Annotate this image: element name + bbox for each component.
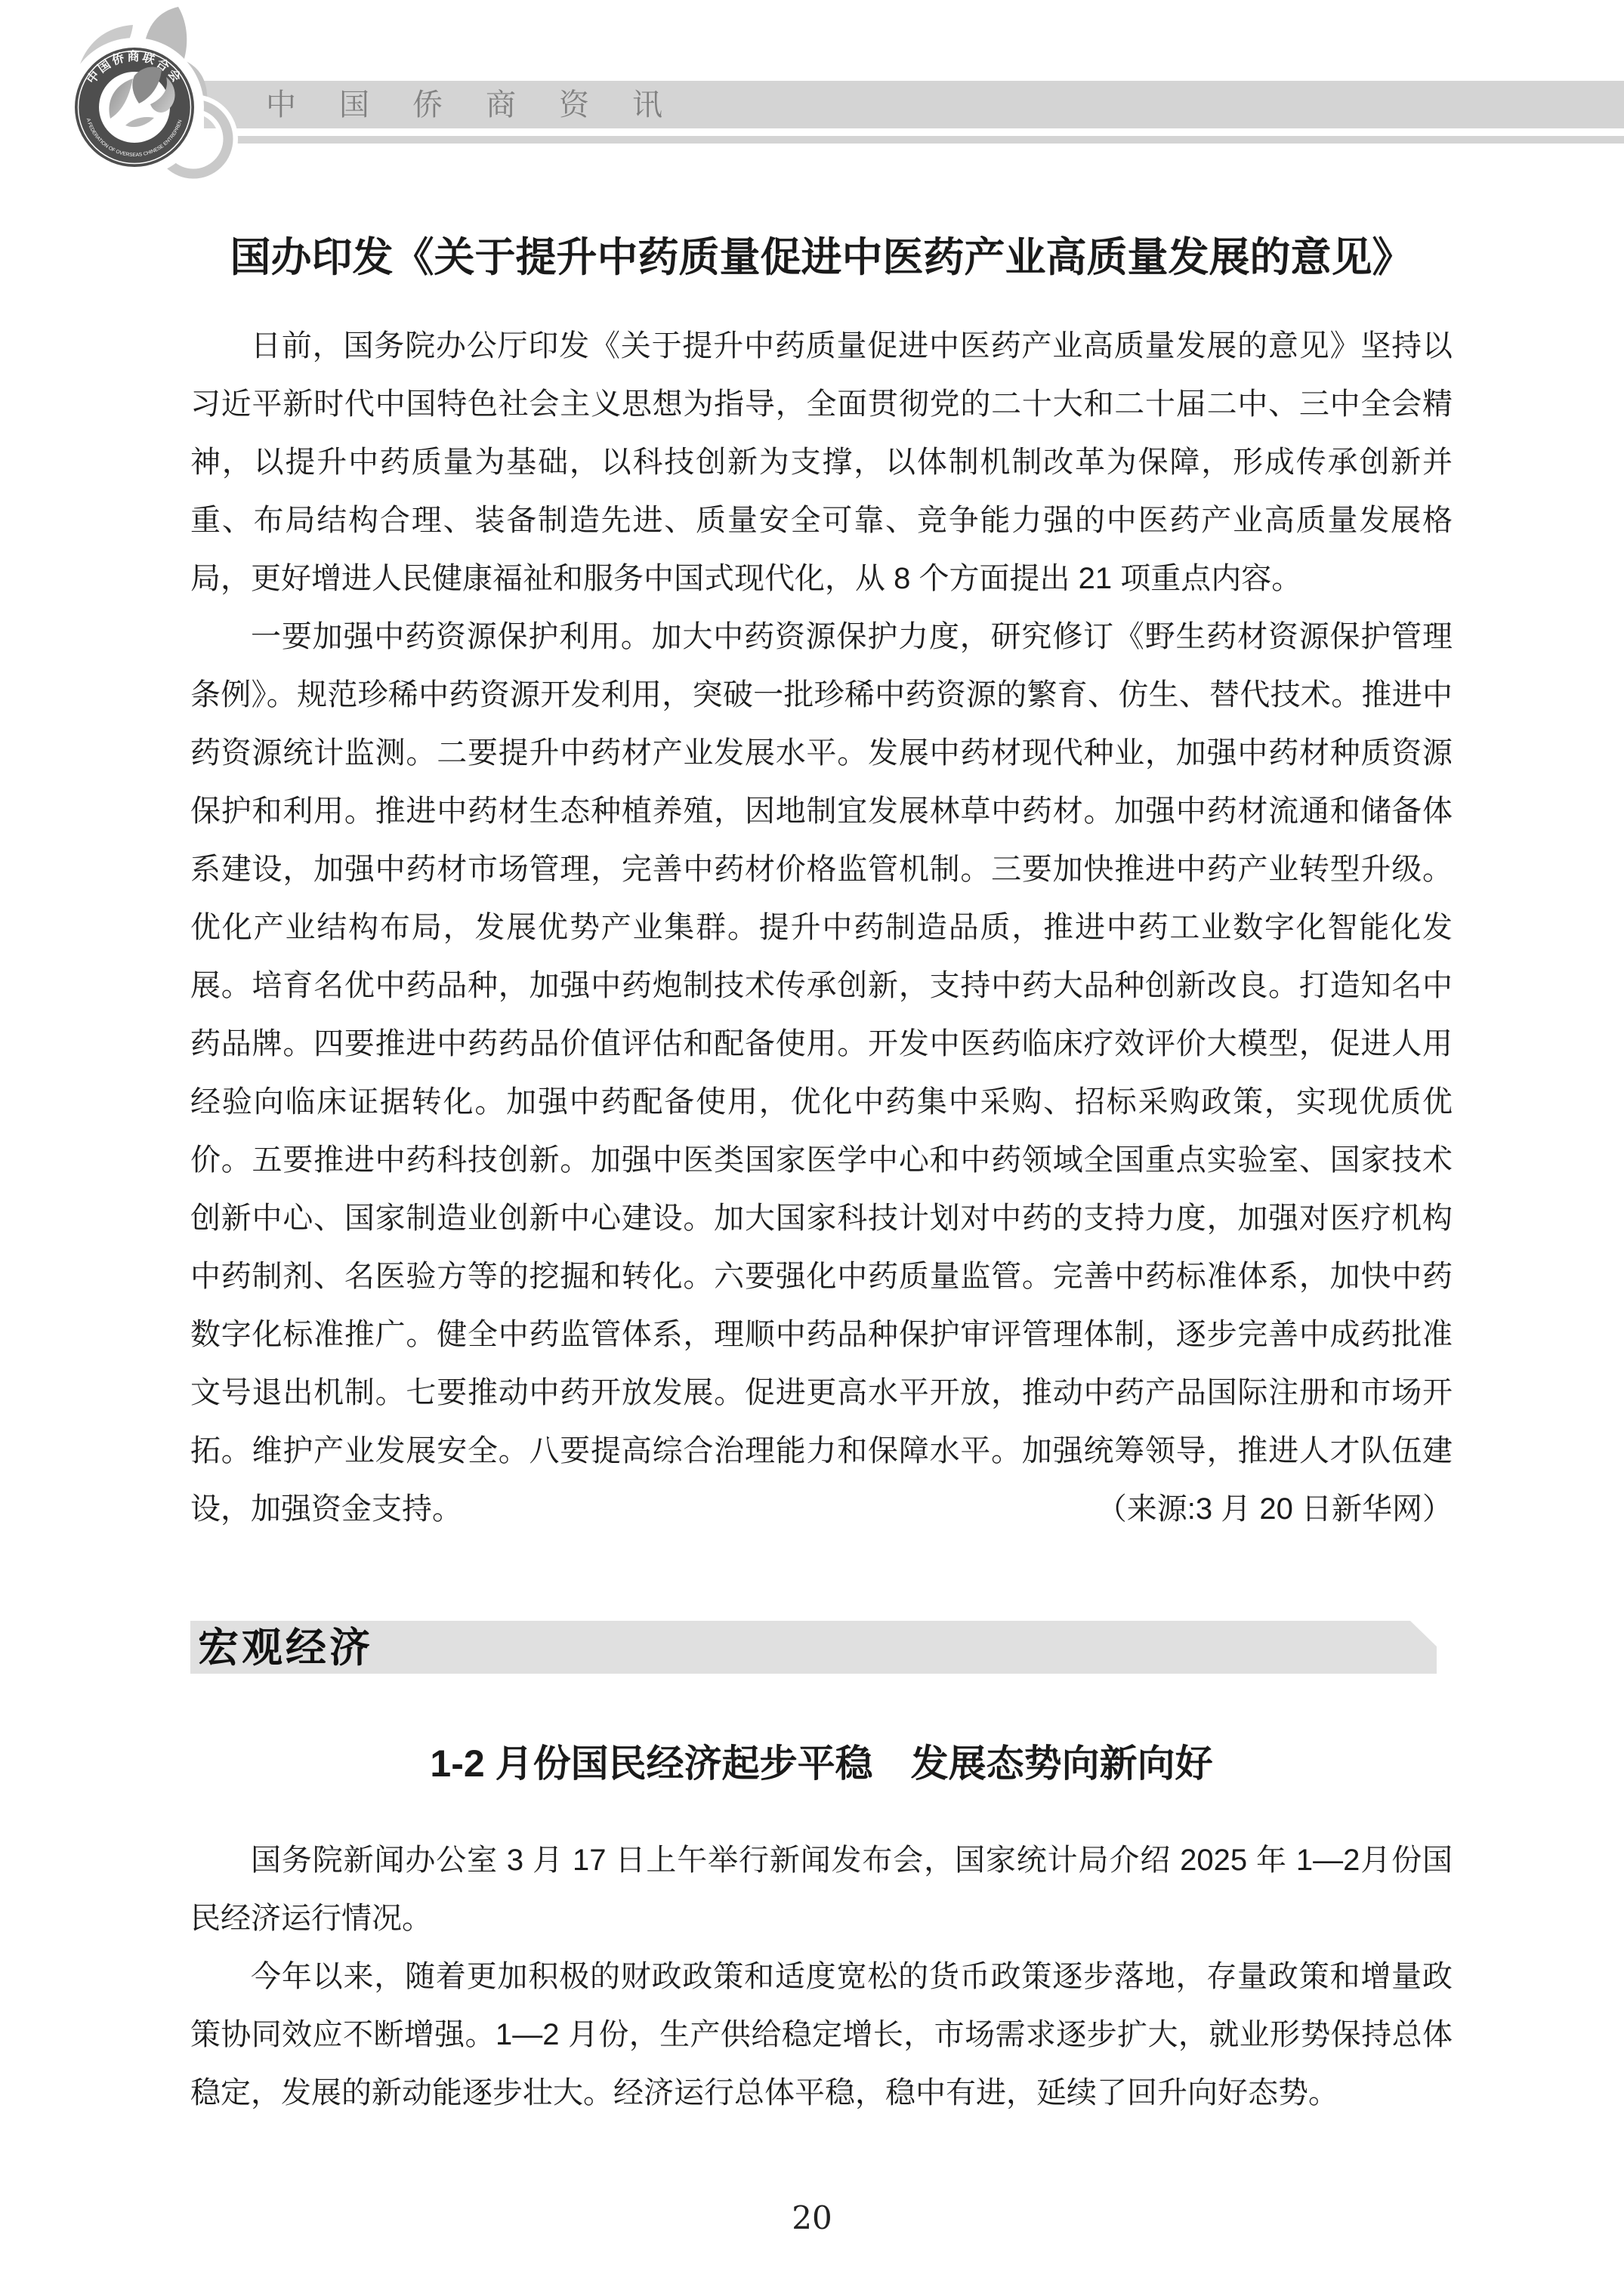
article2-body: 国务院新闻办公室 3 月 17 日上午举行新闻发布会，国家统计局介绍 2025 … — [190, 1832, 1453, 2122]
paragraph: 今年以来，随着更加积极的财政政策和适度宽松的货币政策逐步落地，存量政策和增量政策… — [190, 1948, 1453, 2122]
org-logo-icon: 中国侨商联合会 CHINA FEDERATION OF OVERSEAS CHI… — [45, 4, 242, 187]
section-label: 宏观经济 — [190, 1621, 1437, 1674]
source-attribution: （来源:3 月 20 日新华网） — [1097, 1480, 1453, 1538]
page-number: 20 — [0, 2199, 1624, 2236]
article1-body: 日前，国务院办公厅印发《关于提升中药质量促进中医药产业高质量发展的意见》坚持以习… — [190, 317, 1453, 1538]
brand-title: 中国侨商资讯 — [266, 88, 705, 122]
header-stripe — [236, 136, 1624, 144]
article1-title: 国办印发《关于提升中药质量促进中医药产业高质量发展的意见》 — [190, 229, 1453, 286]
section-banner: 宏观经济 — [190, 1621, 1437, 1674]
paragraph-text: 一要加强中药资源保护利用。加大中药资源保护力度，研究修订《野生药材资源保护管理条… — [190, 620, 1453, 1526]
paragraph: 日前，国务院办公厅印发《关于提升中药质量促进中医药产业高质量发展的意见》坚持以习… — [190, 317, 1453, 608]
page: 中国侨商资讯 中国侨商联合会 CHINA FEDERATION OF OVERS… — [0, 0, 1624, 2293]
paragraph: 国务院新闻办公室 3 月 17 日上午举行新闻发布会，国家统计局介绍 2025 … — [190, 1832, 1453, 1948]
paragraph: 一要加强中药资源保护利用。加大中药资源保护力度，研究修订《野生药材资源保护管理条… — [190, 608, 1453, 1538]
article2-title: 1-2 月份国民经济起步平稳 发展态势向新向好 — [190, 1737, 1453, 1790]
